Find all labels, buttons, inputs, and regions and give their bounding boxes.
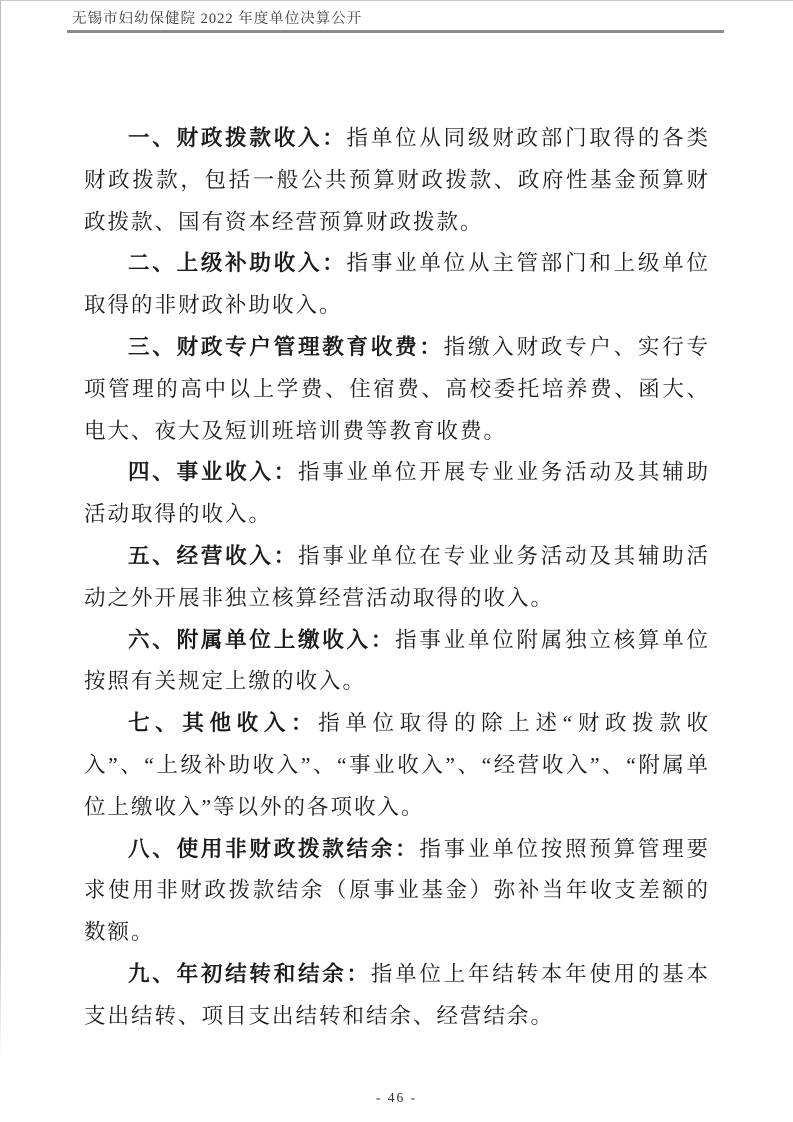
definition-paragraph-6: 六、附属单位上缴收入：指事业单位附属独立核算单位按照有关规定上缴的收入。 xyxy=(84,620,710,704)
definition-paragraph-2: 二、上级补助收入：指事业单位从主管部门和上级单位取得的非财政补助收入。 xyxy=(84,243,710,327)
term-label-2: 二、上级补助收入： xyxy=(128,251,347,275)
definition-paragraph-7: 七、其他收入：指单位取得的除上述“财政拨款收入”、“上级补助收入”、“事业收入”… xyxy=(84,703,710,828)
term-label-6: 六、附属单位上缴收入： xyxy=(128,628,395,652)
term-label-3: 三、财政专户管理教育收费： xyxy=(128,335,444,359)
definition-paragraph-3: 三、财政专户管理教育收费：指缴入财政专户、实行专项管理的高中以上学费、住宿费、高… xyxy=(84,327,710,452)
page-edge-top xyxy=(0,0,793,1)
definition-paragraph-4: 四、事业收入：指事业单位开展专业业务活动及其辅助活动取得的收入。 xyxy=(84,452,710,536)
term-label-9: 九、年初结转和结余： xyxy=(128,962,371,986)
page-number: - 46 - xyxy=(0,1090,793,1106)
term-label-1: 一、财政拨款收入： xyxy=(128,126,347,150)
document-header-title: 无锡市妇幼保健院 2022 年度单位决算公开 xyxy=(72,10,362,28)
page-edge-left xyxy=(0,0,1,1060)
definition-paragraph-9: 九、年初结转和结余：指单位上年结转本年使用的基本支出结转、项目支出结转和结余、经… xyxy=(84,954,710,1038)
term-label-5: 五、经营收入： xyxy=(128,544,298,568)
definition-paragraph-5: 五、经营收入：指事业单位在专业业务活动及其辅助活动之外开展非独立核算经营活动取得… xyxy=(84,536,710,620)
header-divider xyxy=(67,30,724,33)
definition-paragraph-1: 一、财政拨款收入：指单位从同级财政部门取得的各类财政拨款，包括一般公共预算财政拨… xyxy=(84,118,710,243)
term-label-4: 四、事业收入： xyxy=(128,460,298,484)
term-label-7: 七、其他收入： xyxy=(128,711,318,735)
definition-paragraph-8: 八、使用非财政拨款结余：指事业单位按照预算管理要求使用非财政拨款结余（原事业基金… xyxy=(84,829,710,954)
term-label-8: 八、使用非财政拨款结余： xyxy=(128,837,419,861)
document-page: 无锡市妇幼保健院 2022 年度单位决算公开 一、财政拨款收入：指单位从同级财政… xyxy=(0,0,793,1122)
document-body: 一、财政拨款收入：指单位从同级财政部门取得的各类财政拨款，包括一般公共预算财政拨… xyxy=(84,118,710,1038)
